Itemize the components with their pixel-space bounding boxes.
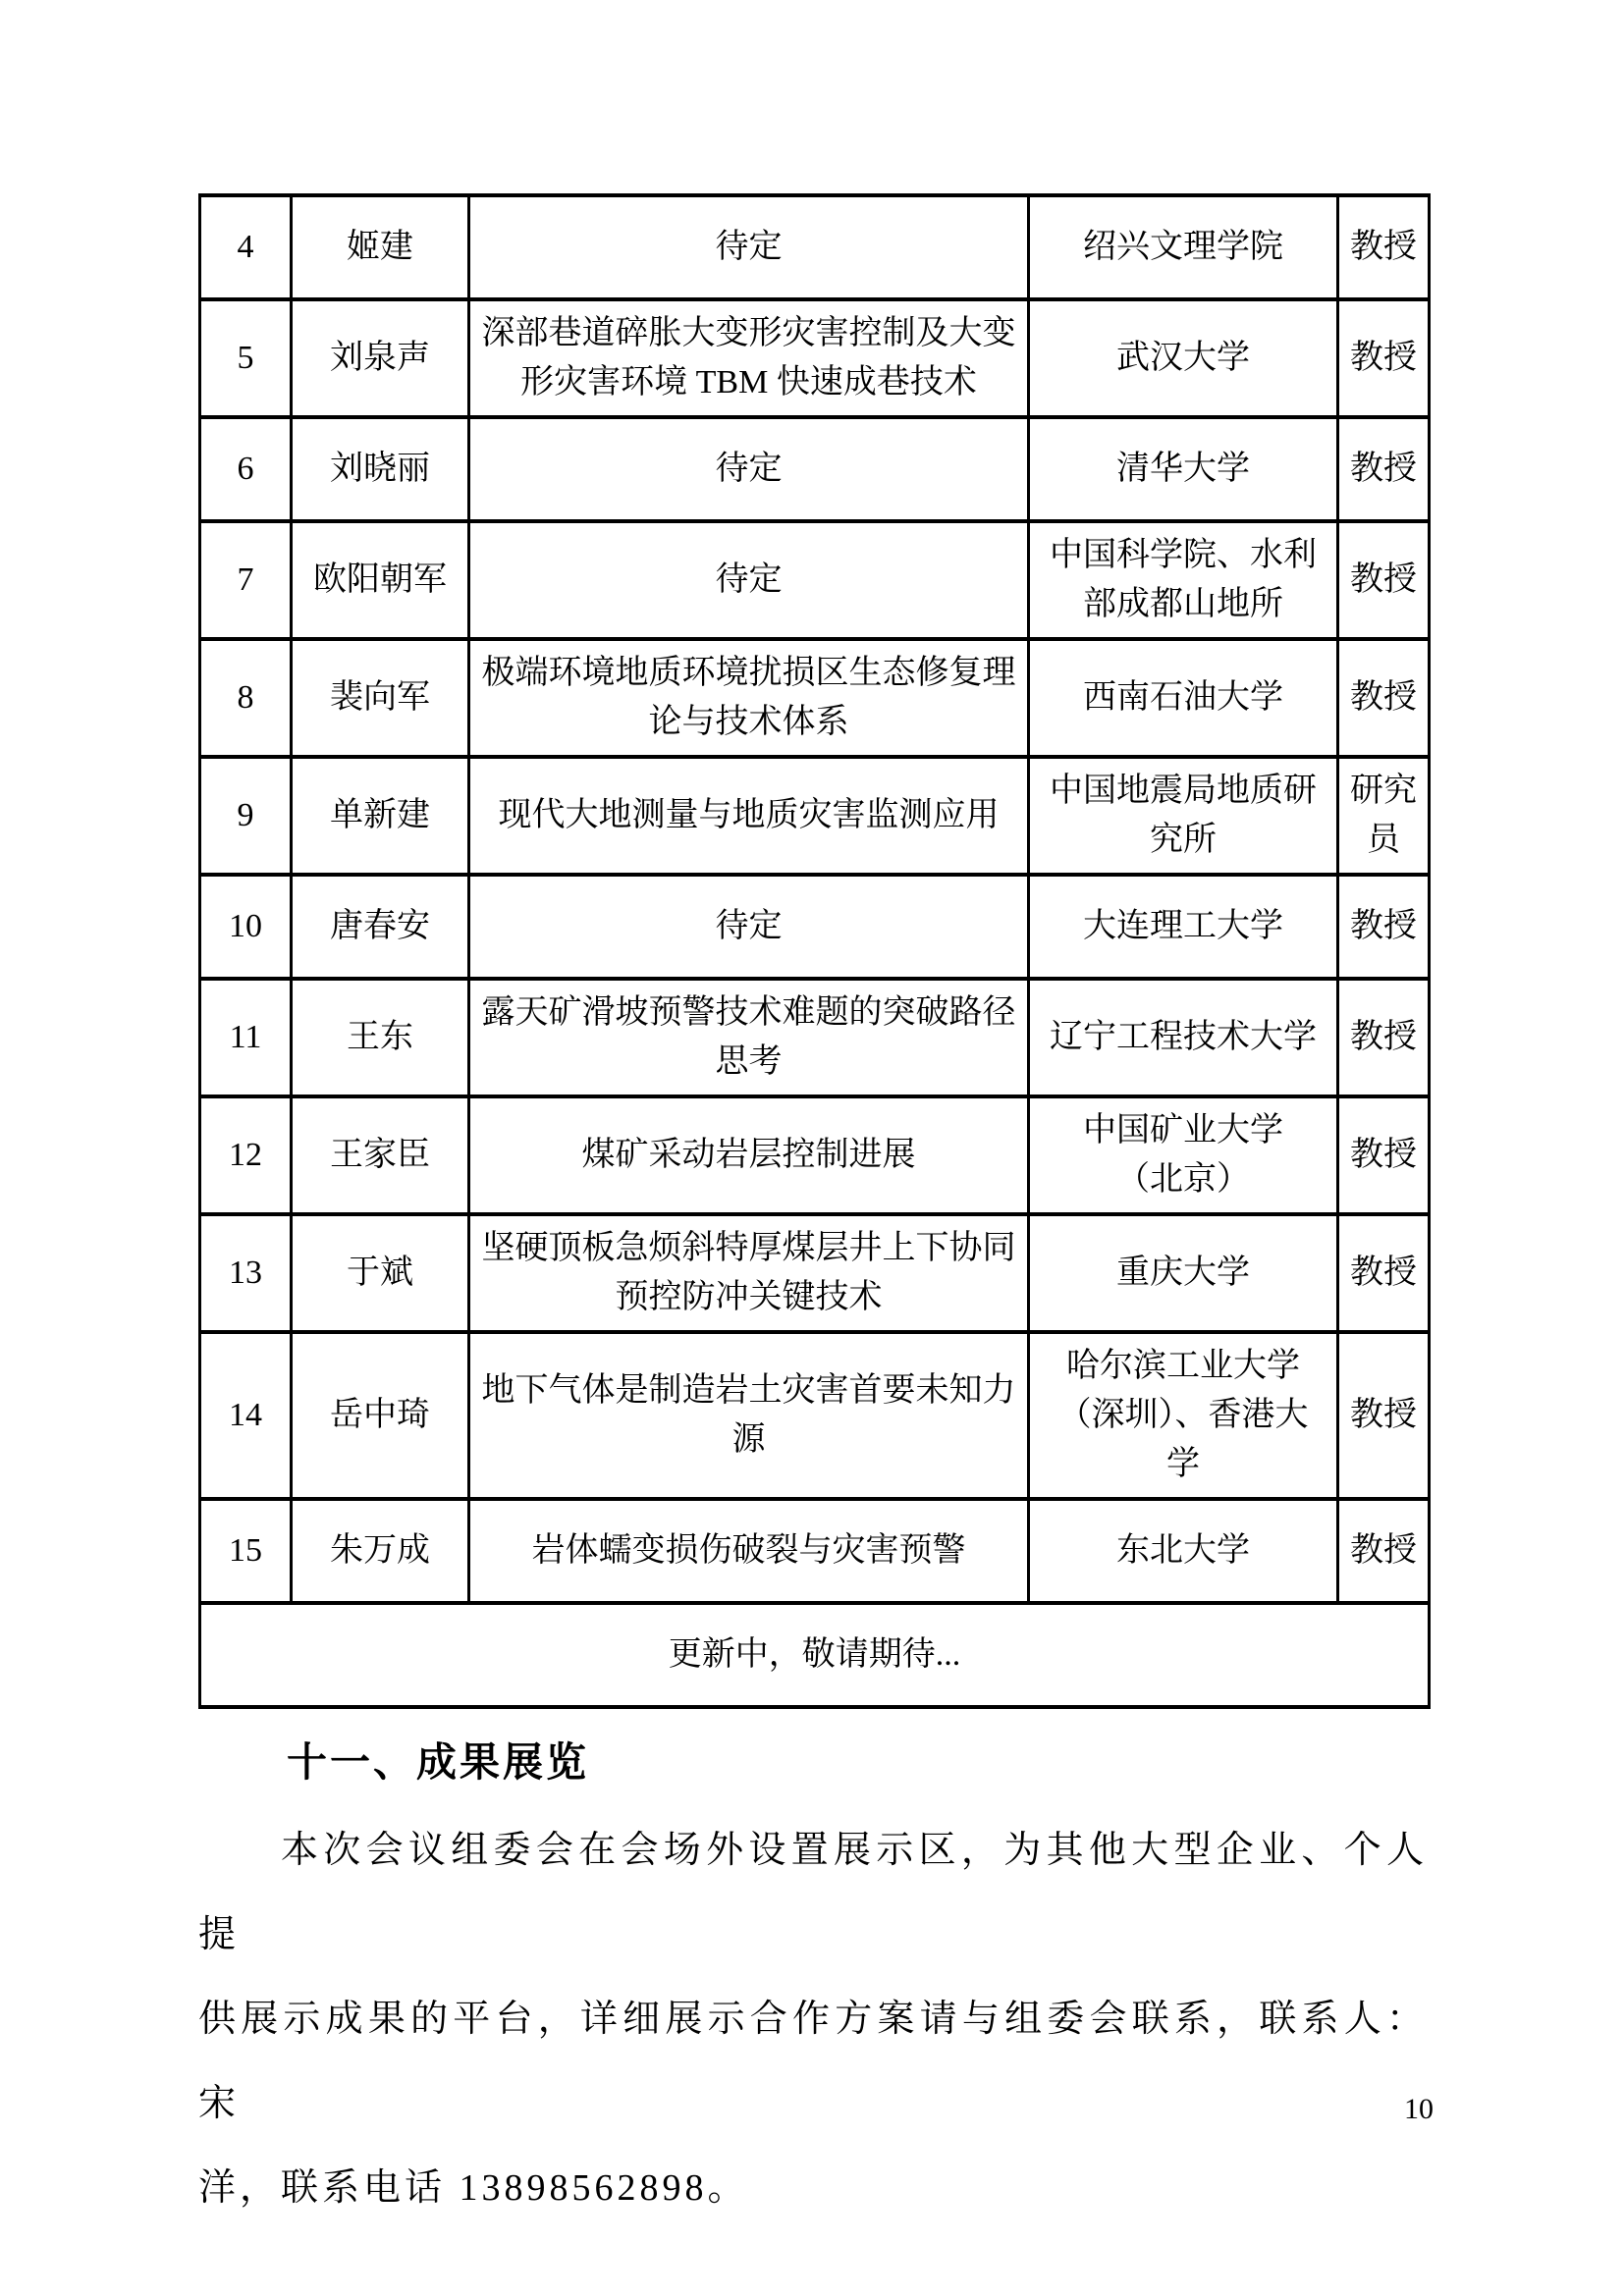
row-number-cell: 7 xyxy=(200,521,292,639)
table-row: 15 朱万成 岩体蠕变损伤破裂与灾害预警 东北大学 教授 xyxy=(200,1499,1430,1603)
name-cell: 欧阳朝军 xyxy=(292,521,469,639)
name-cell: 唐春安 xyxy=(292,875,469,979)
topic-cell: 待定 xyxy=(469,417,1029,521)
name-cell: 刘泉声 xyxy=(292,299,469,417)
topic-cell: 待定 xyxy=(469,521,1029,639)
name-cell: 单新建 xyxy=(292,757,469,875)
title-cell: 教授 xyxy=(1338,1332,1430,1499)
topic-cell: 露天矿滑坡预警技术难题的突破路径 思考 xyxy=(469,979,1029,1096)
topic-cell: 地下气体是制造岩土灾害首要未知力 源 xyxy=(469,1332,1029,1499)
table-row: 4 姬建 待定 绍兴文理学院 教授 xyxy=(200,195,1430,299)
row-number-cell: 12 xyxy=(200,1096,292,1214)
title-cell: 研究 员 xyxy=(1338,757,1430,875)
name-cell: 刘晓丽 xyxy=(292,417,469,521)
speakers-table: 4 姬建 待定 绍兴文理学院 教授 5 刘泉声 深部巷道碎胀大变形灾害控制及大变… xyxy=(198,193,1431,1709)
name-cell: 裴向军 xyxy=(292,639,469,757)
row-number-cell: 8 xyxy=(200,639,292,757)
title-cell: 教授 xyxy=(1338,299,1430,417)
name-cell: 王家臣 xyxy=(292,1096,469,1214)
title-cell: 教授 xyxy=(1338,1096,1430,1214)
title-cell: 教授 xyxy=(1338,979,1430,1096)
topic-cell: 待定 xyxy=(469,875,1029,979)
section-heading: 十一、成果展览 xyxy=(198,1730,1428,1788)
row-number-cell: 14 xyxy=(200,1332,292,1499)
title-cell: 教授 xyxy=(1338,1214,1430,1332)
row-number-cell: 5 xyxy=(200,299,292,417)
title-cell: 教授 xyxy=(1338,195,1430,299)
table-row: 13 于斌 坚硬顶板急烦斜特厚煤层井上下协同 预控防冲关键技术 重庆大学 教授 xyxy=(200,1214,1430,1332)
topic-cell: 岩体蠕变损伤破裂与灾害预警 xyxy=(469,1499,1029,1603)
org-cell: 大连理工大学 xyxy=(1029,875,1338,979)
org-cell: 辽宁工程技术大学 xyxy=(1029,979,1338,1096)
title-cell: 教授 xyxy=(1338,1499,1430,1603)
org-cell: 中国科学院、水利 部成都山地所 xyxy=(1029,521,1338,639)
topic-cell: 待定 xyxy=(469,195,1029,299)
org-cell: 中国地震局地质研 究所 xyxy=(1029,757,1338,875)
row-number-cell: 10 xyxy=(200,875,292,979)
table-row: 7 欧阳朝军 待定 中国科学院、水利 部成都山地所 教授 xyxy=(200,521,1430,639)
org-cell: 哈尔滨工业大学 （深圳）、香港大 学 xyxy=(1029,1332,1338,1499)
page-number: 10 xyxy=(1394,2093,1443,2126)
table-row: 14 岳中琦 地下气体是制造岩土灾害首要未知力 源 哈尔滨工业大学 （深圳）、香… xyxy=(200,1332,1430,1499)
row-number-cell: 13 xyxy=(200,1214,292,1332)
title-cell: 教授 xyxy=(1338,875,1430,979)
document-page: 4 姬建 待定 绍兴文理学院 教授 5 刘泉声 深部巷道碎胀大变形灾害控制及大变… xyxy=(0,0,1624,2296)
org-cell: 绍兴文理学院 xyxy=(1029,195,1338,299)
org-cell: 清华大学 xyxy=(1029,417,1338,521)
org-cell: 武汉大学 xyxy=(1029,299,1338,417)
name-cell: 王东 xyxy=(292,979,469,1096)
row-number-cell: 4 xyxy=(200,195,292,299)
name-cell: 姬建 xyxy=(292,195,469,299)
row-number-cell: 9 xyxy=(200,757,292,875)
row-number-cell: 11 xyxy=(200,979,292,1096)
table-row: 9 单新建 现代大地测量与地质灾害监测应用 中国地震局地质研 究所 研究 员 xyxy=(200,757,1430,875)
name-cell: 岳中琦 xyxy=(292,1332,469,1499)
title-cell: 教授 xyxy=(1338,639,1430,757)
topic-cell: 坚硬顶板急烦斜特厚煤层井上下协同 预控防冲关键技术 xyxy=(469,1214,1029,1332)
org-cell: 西南石油大学 xyxy=(1029,639,1338,757)
topic-cell: 煤矿采动岩层控制进展 xyxy=(469,1096,1029,1214)
name-cell: 于斌 xyxy=(292,1214,469,1332)
table-row: 8 裴向军 极端环境地质环境扰损区生态修复理 论与技术体系 西南石油大学 教授 xyxy=(200,639,1430,757)
title-cell: 教授 xyxy=(1338,417,1430,521)
topic-cell: 极端环境地质环境扰损区生态修复理 论与技术体系 xyxy=(469,639,1029,757)
org-cell: 重庆大学 xyxy=(1029,1214,1338,1332)
table-footer-row: 更新中，敬请期待... xyxy=(200,1603,1430,1707)
table-footer-cell: 更新中，敬请期待... xyxy=(200,1603,1430,1707)
topic-cell: 深部巷道碎胀大变形灾害控制及大变 形灾害环境 TBM 快速成巷技术 xyxy=(469,299,1029,417)
org-cell: 中国矿业大学 （北京） xyxy=(1029,1096,1338,1214)
table-row: 12 王家臣 煤矿采动岩层控制进展 中国矿业大学 （北京） 教授 xyxy=(200,1096,1430,1214)
table-row: 10 唐春安 待定 大连理工大学 教授 xyxy=(200,875,1430,979)
row-number-cell: 6 xyxy=(200,417,292,521)
table-row: 5 刘泉声 深部巷道碎胀大变形灾害控制及大变 形灾害环境 TBM 快速成巷技术 … xyxy=(200,299,1430,417)
section-paragraph: 本次会议组委会在会场外设置展示区，为其他大型企业、个人提 供展示成果的平台，详细… xyxy=(198,1808,1428,2230)
title-cell: 教授 xyxy=(1338,521,1430,639)
org-cell: 东北大学 xyxy=(1029,1499,1338,1603)
table-row: 11 王东 露天矿滑坡预警技术难题的突破路径 思考 辽宁工程技术大学 教授 xyxy=(200,979,1430,1096)
name-cell: 朱万成 xyxy=(292,1499,469,1603)
row-number-cell: 15 xyxy=(200,1499,292,1603)
table-row: 6 刘晓丽 待定 清华大学 教授 xyxy=(200,417,1430,521)
topic-cell: 现代大地测量与地质灾害监测应用 xyxy=(469,757,1029,875)
